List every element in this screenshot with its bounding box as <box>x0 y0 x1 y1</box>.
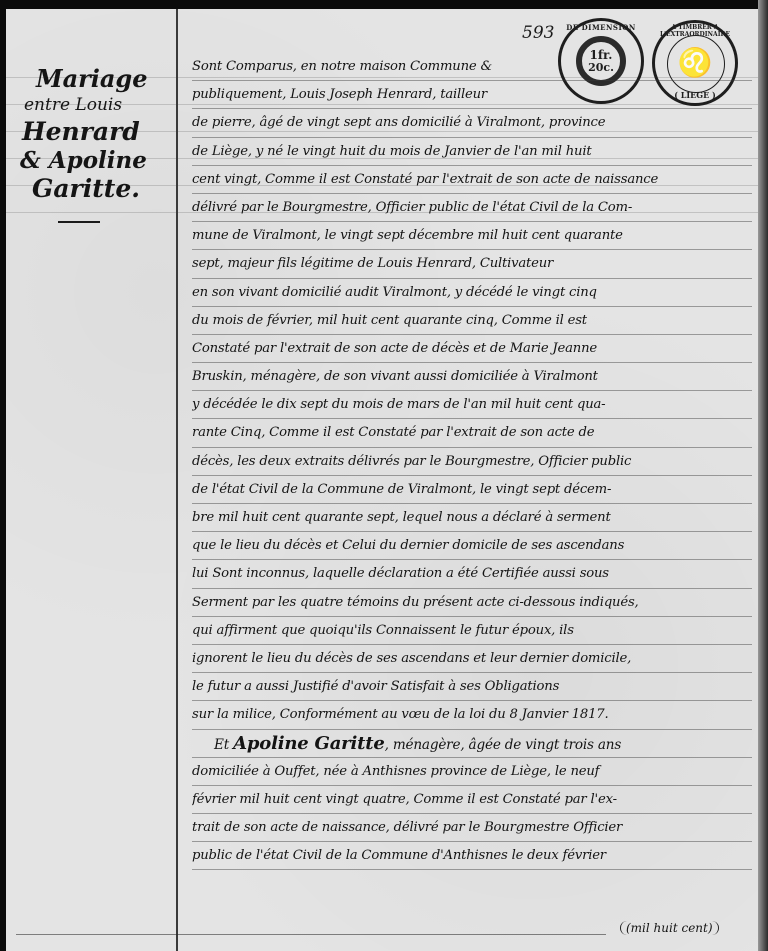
text-line: mune de Viralmont, le vingt sept décembr… <box>192 222 752 250</box>
text-line: délivré par le Bourgmestre, Officier pub… <box>192 194 752 222</box>
text-line: du mois de février, mil huit cent quaran… <box>192 307 752 335</box>
second-party-lead: Et <box>214 737 233 753</box>
continuation-catchword: (mil huit cent) <box>620 921 719 935</box>
text-line: de Liège, y né le vingt huit du mois de … <box>192 138 752 166</box>
text-line: bre mil huit cent quarante sept, lequel … <box>192 504 752 532</box>
register-page: Mariage entre Louis Henrard & Apoline Ga… <box>6 9 758 951</box>
second-party-details: , ménagère, âgée de vingt trois ans <box>385 737 622 753</box>
act-body-text: Sont Comparus, en notre maison Commune &… <box>192 53 752 870</box>
text-line: qui affirment que quoiqu'ils Connaissent… <box>192 617 752 645</box>
text-line: en son vivant domicilié audit Viralmont,… <box>192 279 752 307</box>
text-line: février mil huit cent vingt quatre, Comm… <box>192 786 752 814</box>
text-line: Sont Comparus, en notre maison Commune & <box>192 53 752 81</box>
text-line: domiciliée à Ouffet, née à Anthisnes pro… <box>192 758 752 786</box>
margin-title-line: Henrard <box>22 117 168 147</box>
text-line: public de l'état Civil de la Commune d'A… <box>192 842 752 870</box>
page-edge-shadow <box>758 0 768 951</box>
margin-title-line: Mariage <box>36 65 168 93</box>
text-line: que le lieu du décès et Celui du dernier… <box>192 532 752 560</box>
bottom-rule <box>16 934 606 935</box>
stamp-ring-text: DE DIMENSION <box>561 23 641 32</box>
second-party-line: Et Apoline Garitte, ménagère, âgée de vi… <box>192 730 752 758</box>
margin-title-line: & Apoline <box>20 147 168 175</box>
bride-name: Apoline Garitte <box>233 733 384 754</box>
text-line: décès, les deux extraits délivrés par le… <box>192 448 752 476</box>
text-line: Bruskin, ménagère, de son vivant aussi d… <box>192 363 752 391</box>
text-line: le futur a aussi Justifié d'avoir Satisf… <box>192 673 752 701</box>
text-line: Serment par les quatre témoins du présen… <box>192 589 752 617</box>
text-line: Constaté par l'extrait de son acte de dé… <box>192 335 752 363</box>
margin-title: Mariage entre Louis Henrard & Apoline Ga… <box>18 65 168 203</box>
text-line: trait de son acte de naissance, délivré … <box>192 814 752 842</box>
text-line: cent vingt, Comme il est Constaté par l'… <box>192 166 752 194</box>
text-line: y décédée le dix sept du mois de mars de… <box>192 391 752 419</box>
margin-title-underline <box>58 221 100 223</box>
text-line: ignorent le lieu du décès de ses ascenda… <box>192 645 752 673</box>
text-line: de l'état Civil de la Commune de Viralmo… <box>192 476 752 504</box>
margin-rule <box>176 9 178 951</box>
margin-title-line: entre Louis <box>24 93 168 117</box>
text-line: lui Sont inconnus, laquelle déclaration … <box>192 560 752 588</box>
text-line: rante Cinq, Comme il est Constaté par l'… <box>192 419 752 447</box>
text-line: de pierre, âgé de vingt sept ans domicil… <box>192 109 752 137</box>
text-line: publiquement, Louis Joseph Henrard, tail… <box>192 81 752 109</box>
margin-title-line: Garitte. <box>32 175 168 203</box>
folio-number: 593 <box>522 23 554 43</box>
text-line: sept, majeur fils légitime de Louis Henr… <box>192 250 752 278</box>
text-line: sur la milice, Conformément au vœu de la… <box>192 701 752 729</box>
